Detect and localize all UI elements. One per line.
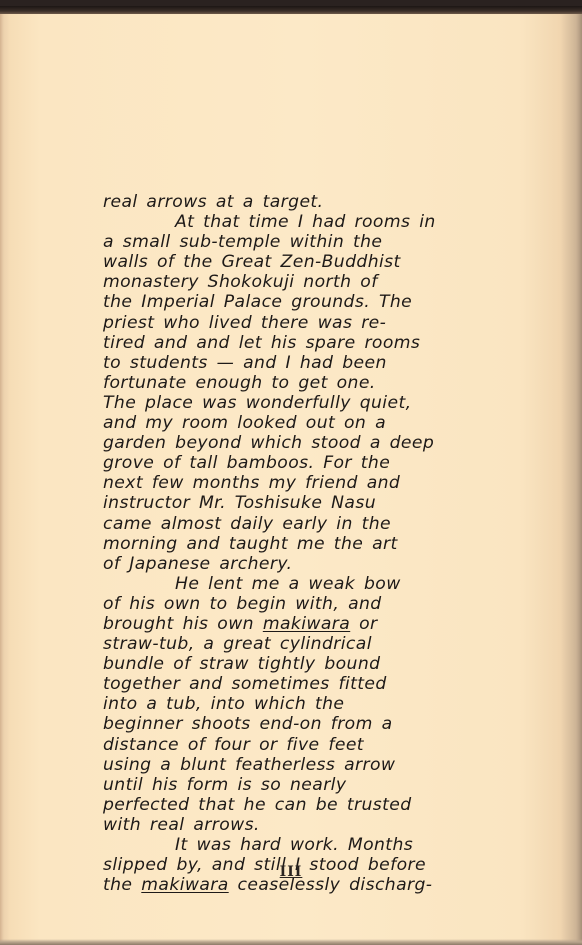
text-line: priest who lived there was re- <box>103 313 523 333</box>
text-line: came almost daily early in the <box>103 514 523 534</box>
underlined-term-makiwara: makiwara <box>263 614 350 634</box>
text-line: with real arrows. <box>103 815 523 835</box>
text-line: perfected that he can be trusted <box>103 795 523 815</box>
book-page: real arrows at a target. At that time I … <box>0 6 582 945</box>
page-number: III <box>0 864 582 880</box>
text-line: real arrows at a target. <box>103 192 523 212</box>
text-line: instructor Mr. Toshisuke Nasu <box>103 493 523 513</box>
text-line: walls of the Great Zen-Buddhist <box>103 252 523 272</box>
text-line: brought his own makiwara or <box>103 614 523 634</box>
text-line: and my room looked out on a <box>103 413 523 433</box>
text-line: The place was wonderfully quiet, <box>103 393 523 413</box>
text-line: until his form is so nearly <box>103 775 523 795</box>
text-line: morning and taught me the art <box>103 534 523 554</box>
text-line: fortunate enough to get one. <box>103 373 523 393</box>
text-line: of his own to begin with, and <box>103 594 523 614</box>
text-line: garden beyond which stood a deep <box>103 433 523 453</box>
page-bottom-edge <box>0 939 582 945</box>
text-line: tired and and let his spare rooms <box>103 333 523 353</box>
text-line: bundle of straw tightly bound <box>103 654 523 674</box>
page-top-edge <box>0 6 582 14</box>
text-line: next few months my friend and <box>103 473 523 493</box>
text-line: distance of four or five feet <box>103 735 523 755</box>
text-line: monastery Shokokuji north of <box>103 272 523 292</box>
text-line: At that time I had rooms in <box>103 212 523 232</box>
text-line: using a blunt featherless arrow <box>103 755 523 775</box>
text-line: He lent me a weak bow <box>103 574 523 594</box>
text-line: the Imperial Palace grounds. The <box>103 292 523 312</box>
text-line: It was hard work. Months <box>103 835 523 855</box>
text-line: of Japanese archery. <box>103 554 523 574</box>
text-line: straw-tub, a great cylindrical <box>103 634 523 654</box>
text-line: to students — and I had been <box>103 353 523 373</box>
text-line: grove of tall bamboos. For the <box>103 453 523 473</box>
text-line: a small sub-temple within the <box>103 232 523 252</box>
text-segment: brought his own <box>103 614 263 634</box>
text-line: beginner shoots end-on from a <box>103 714 523 734</box>
text-line: together and sometimes fitted <box>103 674 523 694</box>
text-segment: or <box>350 614 377 634</box>
handwritten-text-block: real arrows at a target. At that time I … <box>103 192 523 895</box>
text-line: into a tub, into which the <box>103 694 523 714</box>
